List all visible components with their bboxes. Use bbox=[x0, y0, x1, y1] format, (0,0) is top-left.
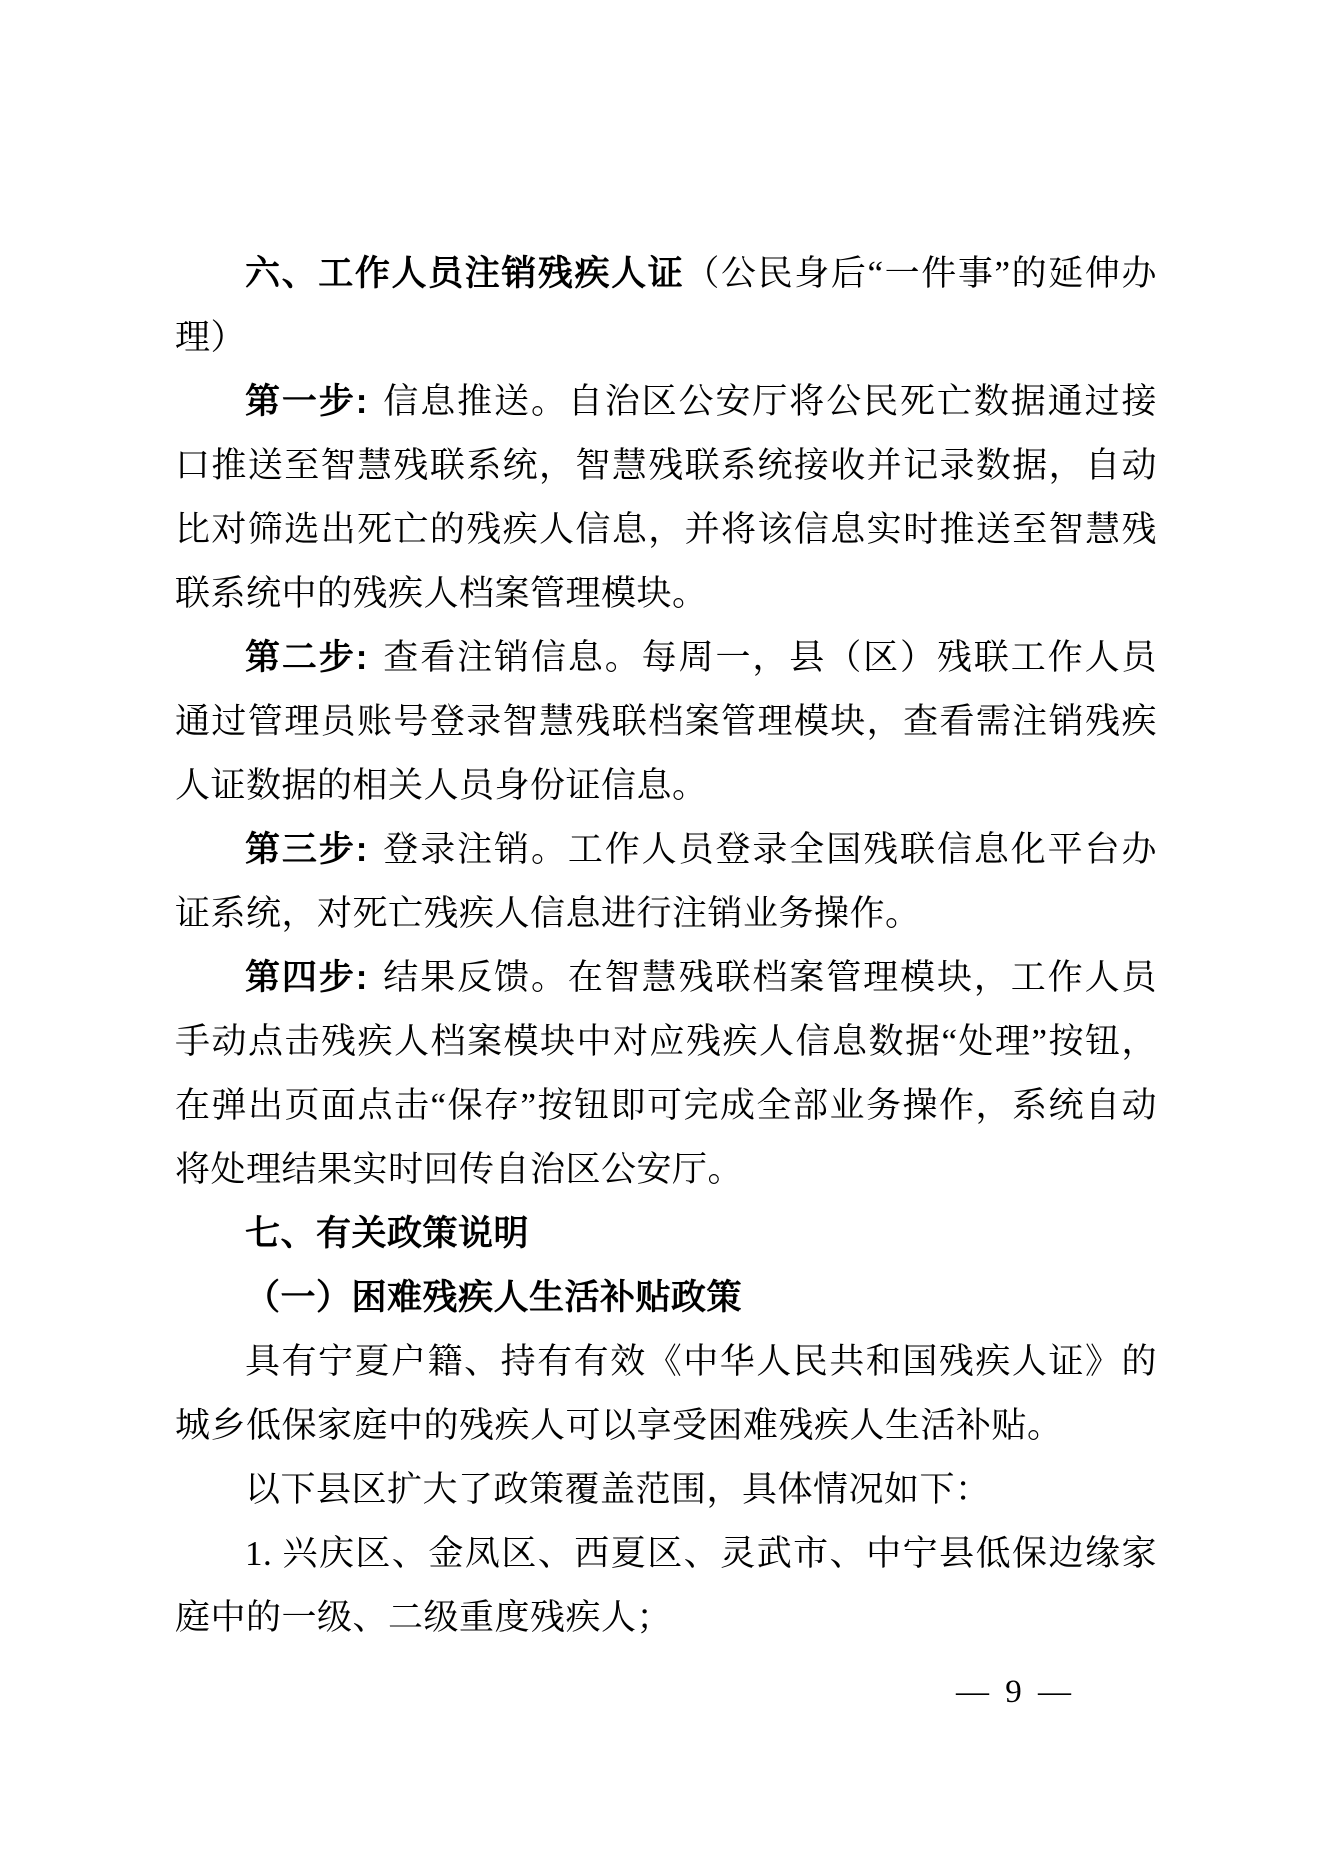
section-6-heading: 六、工作人员注销残疾人证（公民身后“一件事”的延伸办理） bbox=[175, 242, 1157, 370]
document-body: 六、工作人员注销残疾人证（公民身后“一件事”的延伸办理） 第一步:信息推送。自治… bbox=[175, 242, 1157, 1650]
page-number: — 9 — bbox=[956, 1668, 1075, 1716]
step-2-label: 第二步: bbox=[245, 638, 368, 677]
step-3-paragraph: 第三步:登录注销。工作人员登录全国残联信息化平台办证系统，对死亡残疾人信息进行注… bbox=[175, 818, 1157, 946]
section-7-list-item-1: 1. 兴庆区、金凤区、西夏区、灵武市、中宁县低保边缘家庭中的一级、二级重度残疾人… bbox=[175, 1522, 1157, 1650]
step-4-paragraph: 第四步:结果反馈。在智慧残联档案管理模块，工作人员手动点击残疾人档案模块中对应残… bbox=[175, 946, 1157, 1202]
step-1-paragraph: 第一步:信息推送。自治区公安厅将公民死亡数据通过接口推送至智慧残联系统，智慧残联… bbox=[175, 370, 1157, 626]
section-7-paragraph-2: 以下县区扩大了政策覆盖范围，具体情况如下： bbox=[175, 1458, 1157, 1522]
section-7-paragraph-1: 具有宁夏户籍、持有有效《中华人民共和国残疾人证》的城乡低保家庭中的残疾人可以享受… bbox=[175, 1330, 1157, 1458]
section-7-heading: 七、有关政策说明 bbox=[175, 1202, 1157, 1266]
step-3-label: 第三步: bbox=[245, 830, 368, 869]
step-2-paragraph: 第二步:查看注销信息。每周一，县（区）残联工作人员通过管理员账号登录智慧残联档案… bbox=[175, 626, 1157, 818]
step-4-label: 第四步: bbox=[245, 958, 368, 997]
section-7-sub-1-heading: （一）困难残疾人生活补贴政策 bbox=[175, 1266, 1157, 1330]
document-page: 六、工作人员注销残疾人证（公民身后“一件事”的延伸办理） 第一步:信息推送。自治… bbox=[0, 0, 1324, 1871]
step-1-label: 第一步: bbox=[245, 382, 368, 421]
section-6-heading-bold: 六、工作人员注销残疾人证 bbox=[245, 254, 684, 293]
